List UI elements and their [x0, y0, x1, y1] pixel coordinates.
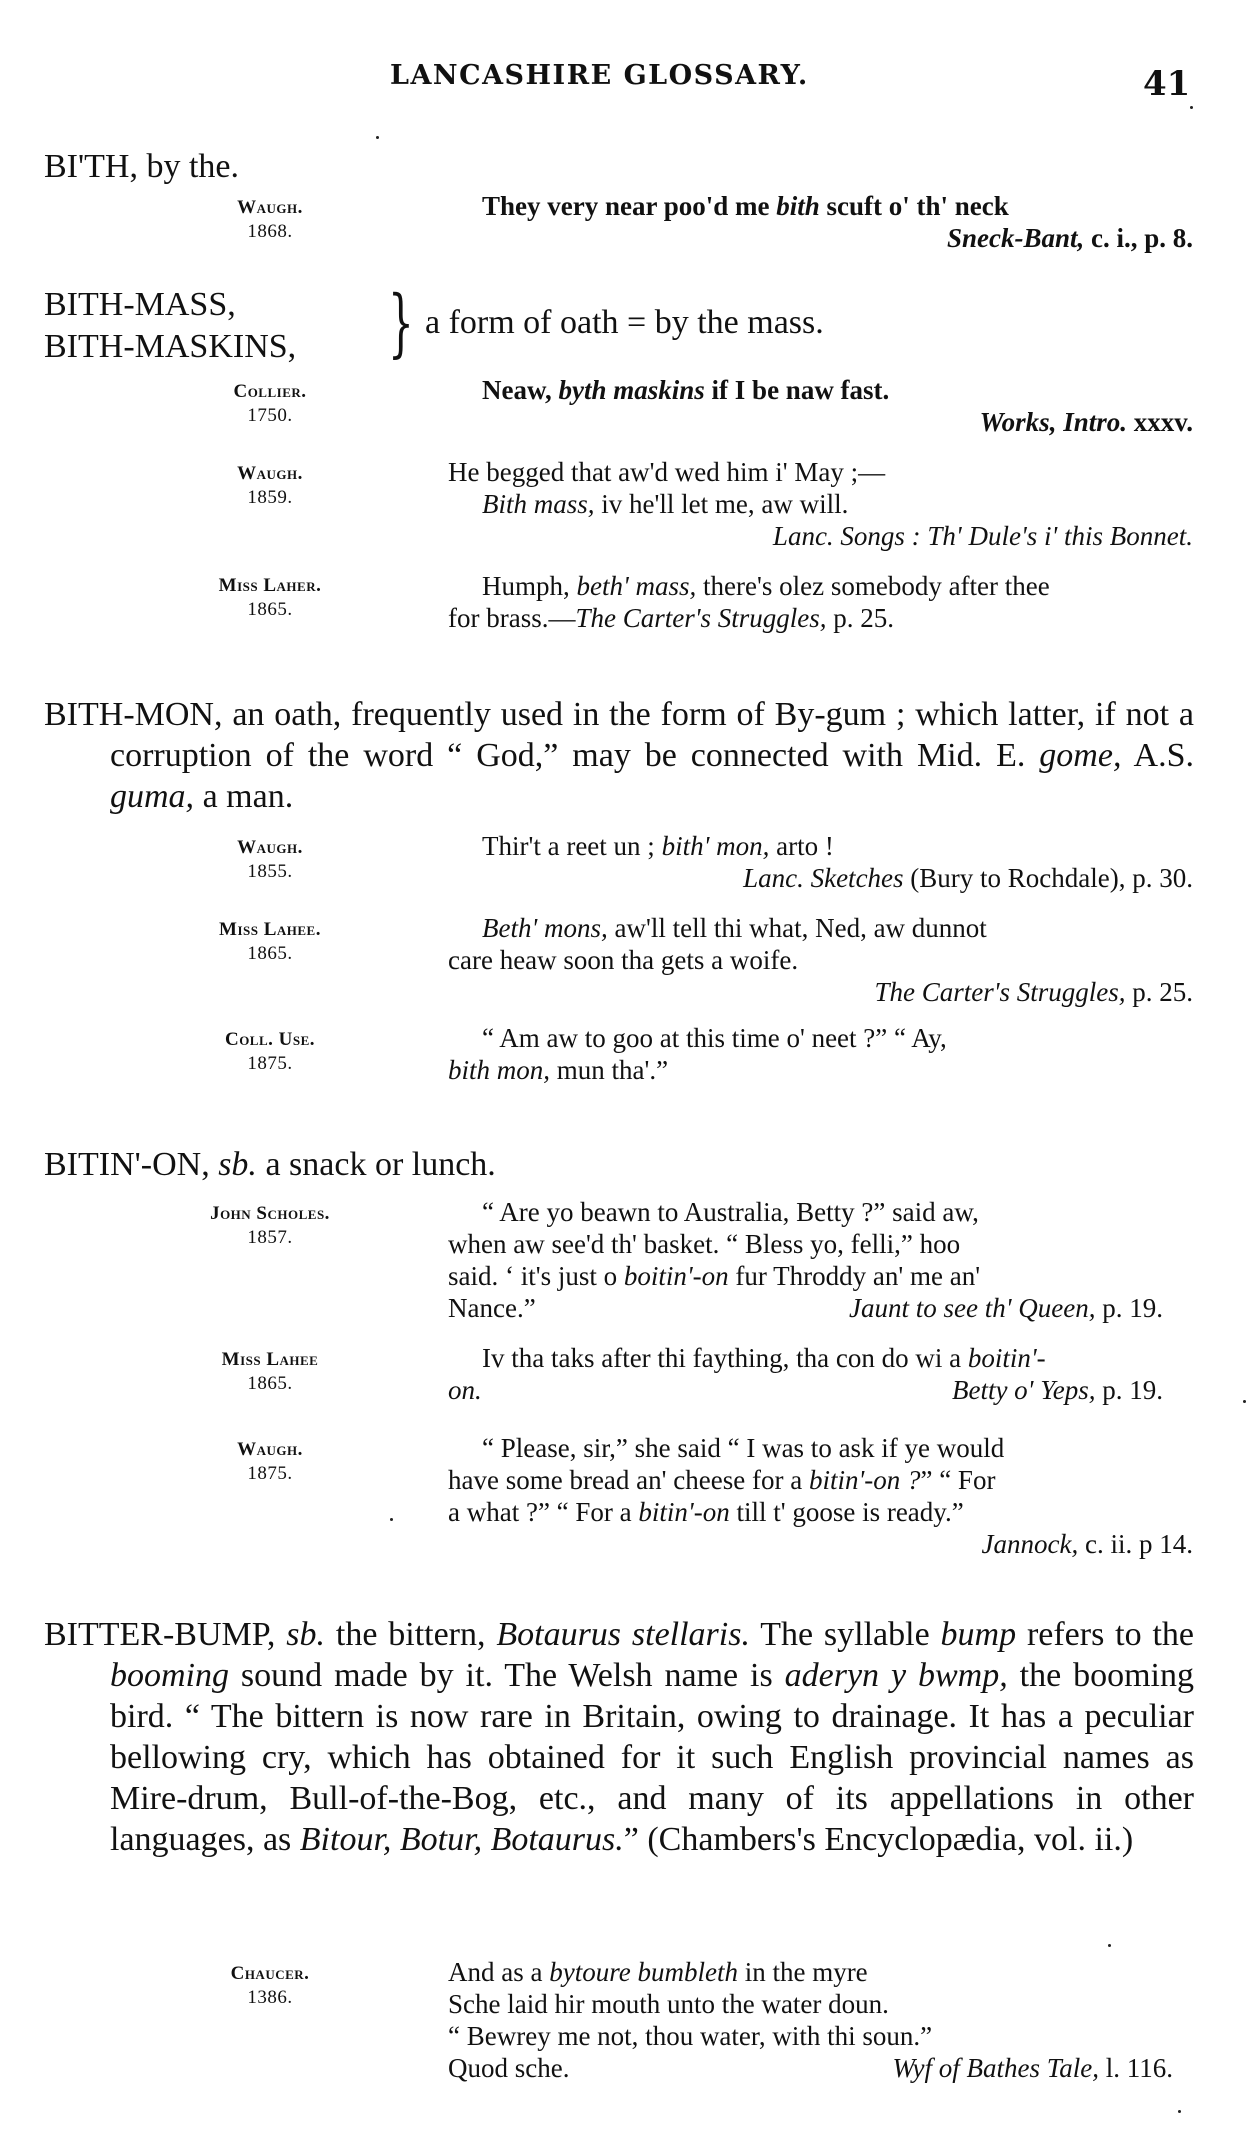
quote-italic: bitin'-on	[638, 1497, 729, 1527]
quote-italic: bith mon,	[448, 1055, 550, 1085]
citation-author: Waugh.	[237, 463, 303, 484]
citation-quote: Thir't a reet un ; bith' mon, arto ! Lan…	[448, 830, 1193, 894]
headword: BI'TH,	[44, 148, 138, 185]
citation-quote: And as a bytoure bumbleth in the myre Sc…	[448, 1956, 1193, 2084]
source-ref: p. 19.	[1096, 1293, 1164, 1323]
source-ref: c. ii. p 14.	[1078, 1529, 1193, 1559]
source-title: Jannock,	[982, 1529, 1079, 1559]
source-title: Wyf of Bathes Tale,	[892, 2053, 1099, 2083]
entry-bith: BI'TH, by the.	[44, 146, 239, 188]
source-title: Jaunt to see th' Queen,	[849, 1293, 1095, 1323]
entry-bitin-on: BITIN'-ON, sb. a snack or lunch.	[44, 1144, 496, 1186]
quote-text: care heaw soon tha gets a woife.	[448, 945, 798, 975]
citation-source: Collier. 1750.	[170, 380, 370, 428]
quote-text: said. ‘ it's just o	[448, 1261, 624, 1291]
quote-italic: boitin'-	[968, 1343, 1046, 1373]
page-number: 41	[1143, 64, 1190, 104]
headword: BITIN'-ON,	[44, 1146, 210, 1183]
citation-author: Miss Lahee	[222, 1349, 319, 1370]
quote-text: there's olez somebody after thee	[696, 571, 1049, 601]
quote-text: ” “ For	[920, 1465, 995, 1495]
quote-italic: beth' mass,	[577, 571, 697, 601]
citation-year: 1855.	[170, 860, 370, 884]
definition-italic: aderyn y bwmp,	[785, 1657, 1008, 1694]
brace-icon: }	[388, 286, 414, 360]
source-title: Lanc. Sketches	[743, 863, 903, 893]
quote-italic: bitin'-on ?	[809, 1465, 921, 1495]
citation-author: Miss Laher.	[219, 575, 322, 596]
quote-italic: bytoure bumbleth	[549, 1957, 738, 1987]
source-ref: p. 19.	[1096, 1375, 1164, 1405]
citation-quote: “ Are yo beawn to Australia, Betty ?” sa…	[448, 1196, 1193, 1324]
part-of-speech: sb.	[218, 1146, 257, 1183]
citation-year: 1875.	[170, 1052, 370, 1076]
source-ref: p. 25.	[827, 603, 895, 633]
quote-text: Iv tha taks after thi faything, tha con …	[482, 1343, 968, 1373]
citation-source: Chaucer. 1386.	[170, 1962, 370, 2010]
quote-text: “ Are yo beawn to Australia, Betty ?” sa…	[482, 1197, 979, 1227]
quote-text: Sche laid hir mouth unto the water doun.	[448, 1989, 889, 2019]
citation-year: 1865.	[170, 1372, 370, 1396]
print-speck	[1108, 1944, 1111, 1947]
part-of-speech: sb.	[286, 1616, 325, 1653]
quote-text: when aw see'd th' basket. “ Bless yo, fe…	[448, 1229, 960, 1259]
headword: BITTER-BUMP,	[44, 1616, 275, 1653]
definition-italic: gome,	[1039, 737, 1121, 774]
quote-text: Nance.”	[448, 1292, 536, 1324]
quote-text: “ Please, sir,” she said “ I was to ask …	[482, 1433, 1004, 1463]
citation-source: Waugh. 1875.	[170, 1438, 370, 1486]
source-title: The Carter's Struggles,	[575, 603, 826, 633]
citation-source: Waugh. 1859.	[170, 462, 370, 510]
definition-italic: Bitour, Botur, Botaurus.	[300, 1821, 624, 1858]
headword: BITH-MASKINS,	[44, 326, 296, 368]
definition: the bittern,	[325, 1616, 496, 1653]
source-title: Lanc. Songs : Th' Dule's i' this Bonnet.	[773, 521, 1193, 551]
definition-italic: bump	[941, 1616, 1017, 1653]
citation-quote: They very near poo'd me bith scuft o' th…	[448, 190, 1193, 254]
citation-author: Collier.	[233, 381, 306, 402]
definition: sound made by it. The Welsh name is	[229, 1657, 785, 1694]
quote-text: Humph,	[482, 571, 577, 601]
definition: ” (Chambers's Encyclopædia, vol. ii.)	[624, 1821, 1133, 1858]
citation-source: Waugh. 1855.	[170, 836, 370, 884]
quote-text: Quod sche.	[448, 2052, 569, 2084]
quote-text: a what ?” “ For a	[448, 1497, 638, 1527]
quote-text: He begged that aw'd wed him i' May ;—	[448, 457, 885, 487]
citation-source: John Scholes. 1857.	[150, 1202, 390, 1250]
definition: a form of oath = by the mass.	[425, 303, 824, 343]
definition-italic: Botaurus stellaris.	[496, 1616, 750, 1653]
citation-author: Chaucer.	[231, 1963, 310, 1984]
citation-year: 1875.	[170, 1462, 370, 1486]
print-speck	[1178, 2110, 1181, 2113]
citation-year: 1859.	[170, 486, 370, 510]
citation-author: Waugh.	[237, 1439, 303, 1460]
citation-source: Coll. Use. 1875.	[170, 1028, 370, 1076]
definition-italic: booming	[110, 1657, 229, 1694]
source-title: Betty o' Yeps,	[952, 1375, 1096, 1405]
source-title: The Carter's Struggles,	[874, 977, 1125, 1007]
citation-source: Miss Laher. 1865.	[170, 574, 370, 622]
source-ref: p. 25.	[1126, 977, 1194, 1007]
citation-author: John Scholes.	[210, 1203, 330, 1224]
entry-bith-mass: BITH-MASS, BITH-MASKINS,	[44, 284, 296, 368]
quote-text: if I be naw fast.	[705, 375, 890, 405]
definition: refers to the	[1016, 1616, 1194, 1653]
quote-italic: byth maskins	[559, 375, 705, 405]
quote-text: aw'll tell thi what, Ned, aw dunnot	[608, 913, 987, 943]
citation-source: Waugh. 1868.	[170, 196, 370, 244]
quote-italic: on.	[448, 1374, 482, 1406]
entry-bith-mon: BITH-MON, an oath, frequently used in th…	[44, 694, 1194, 817]
citation-quote: “ Please, sir,” she said “ I was to ask …	[448, 1432, 1193, 1560]
quote-text: Thir't a reet un ;	[482, 831, 662, 861]
quote-text: till t' goose is ready.”	[730, 1497, 964, 1527]
quote-text: mun tha'.”	[550, 1055, 668, 1085]
quote-text: for brass.—	[448, 603, 575, 633]
quote-text: arto !	[769, 831, 833, 861]
citation-quote: “ Am aw to goo at this time o' neet ?” “…	[448, 1022, 1193, 1086]
headword: BITH-MASS,	[44, 284, 296, 326]
citation-quote: Iv tha taks after thi faything, tha con …	[448, 1342, 1193, 1406]
citation-quote: Beth' mons, aw'll tell thi what, Ned, aw…	[448, 912, 1193, 1008]
definition-italic: guma,	[110, 778, 194, 815]
citation-year: 1386.	[170, 1986, 370, 2010]
quote-text: They very near poo'd me	[482, 191, 776, 221]
quote-text: “ Am aw to goo at this time o' neet ?” “…	[482, 1023, 947, 1053]
citation-author: Miss Lahee.	[219, 919, 321, 940]
print-speck	[390, 1518, 393, 1521]
citation-author: Waugh.	[237, 197, 303, 218]
quote-text: iv he'll let me, aw will.	[595, 489, 849, 519]
quote-text: in the myre	[738, 1957, 868, 1987]
print-speck	[1243, 1400, 1246, 1403]
quote-text: fur Throddy an' me an'	[729, 1261, 980, 1291]
print-speck	[376, 136, 379, 139]
definition: The syllable	[750, 1616, 941, 1653]
citation-author: Coll. Use.	[225, 1029, 315, 1050]
quote-italic: bith' mon,	[662, 831, 770, 861]
citation-quote: He begged that aw'd wed him i' May ;— Bi…	[448, 456, 1193, 552]
citation-year: 1868.	[170, 220, 370, 244]
entry-bitter-bump: BITTER-BUMP, sb. the bittern, Botaurus s…	[44, 1614, 1194, 1860]
citation-quote: Neaw, byth maskins if I be naw fast. Wor…	[448, 374, 1193, 438]
citation-year: 1865.	[170, 942, 370, 966]
source-ref: xxxv.	[1127, 407, 1193, 437]
quote-text: have some bread an' cheese for a	[448, 1465, 809, 1495]
citation-source: Miss Lahee. 1865.	[170, 918, 370, 966]
quote-text: scuft o' th' neck	[820, 191, 1009, 221]
source-title: Sneck-Bant,	[947, 223, 1084, 253]
definition: a snack or lunch.	[257, 1146, 496, 1183]
quote-text: And as a	[448, 1957, 549, 1987]
source-title: Works, Intro.	[980, 407, 1127, 437]
source-ref: l. 116.	[1099, 2053, 1173, 2083]
citation-year: 1857.	[150, 1226, 390, 1250]
source-ref: (Bury to Rochdale), p. 30.	[904, 863, 1193, 893]
citation-author: Waugh.	[237, 837, 303, 858]
citation-source: Miss Lahee 1865.	[170, 1348, 370, 1396]
quote-italic: Beth' mons,	[482, 913, 608, 943]
definition: by the.	[138, 148, 239, 185]
definition: a man.	[194, 778, 293, 815]
quote-text: Neaw,	[482, 375, 559, 405]
citation-year: 1750.	[170, 404, 370, 428]
headword: BITH-MON,	[44, 696, 222, 733]
print-speck	[1190, 106, 1193, 109]
quote-italic: bith	[776, 191, 820, 221]
definition: an oath, frequently used in the form of …	[110, 696, 1194, 774]
source-ref: c. i., p. 8.	[1084, 223, 1193, 253]
quote-italic: boitin'-on	[624, 1261, 729, 1291]
running-header: LANCASHIRE GLOSSARY.	[390, 60, 860, 91]
quote-text: “ Bewrey me not, thou water, with thi so…	[448, 2021, 932, 2051]
definition: A.S.	[1121, 737, 1194, 774]
quote-italic: Bith mass,	[482, 489, 595, 519]
citation-year: 1865.	[170, 598, 370, 622]
citation-quote: Humph, beth' mass, there's olez somebody…	[448, 570, 1193, 634]
